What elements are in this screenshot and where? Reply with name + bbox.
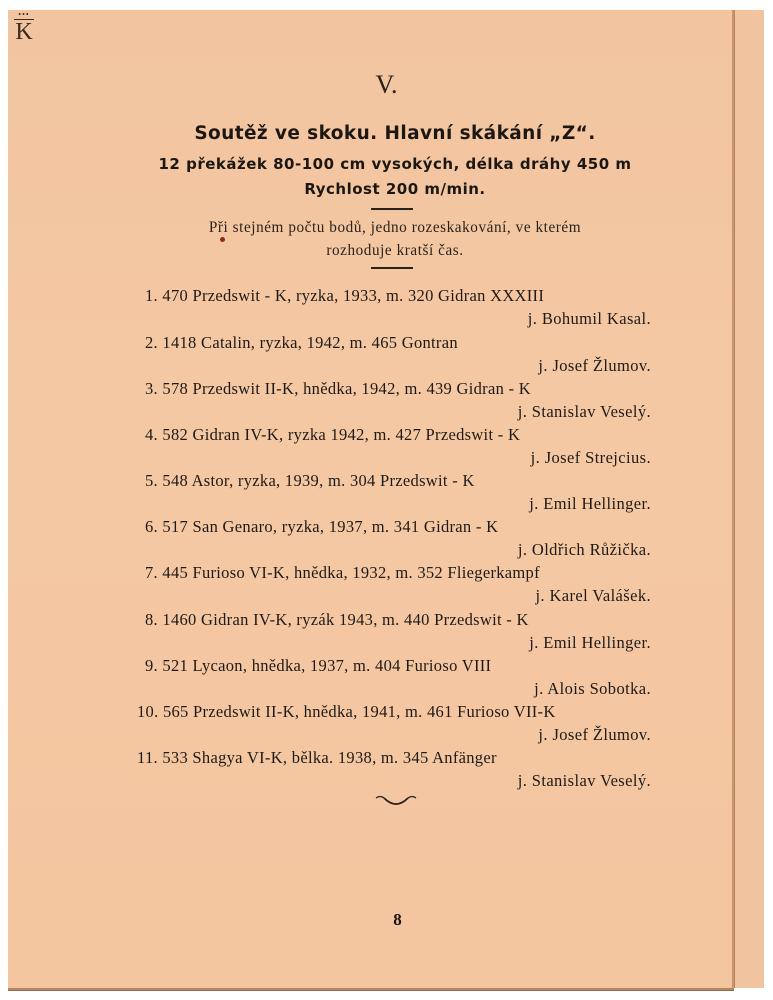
entry-rider: j. Alois Sobotka. xyxy=(534,679,651,699)
entry-rider: j. Bohumil Kasal. xyxy=(528,309,651,329)
ink-speck xyxy=(220,237,225,242)
decorative-swash-icon xyxy=(374,792,418,808)
entry-line: 6. 517 San Genaro, ryzka, 1937, m. 341 G… xyxy=(145,517,498,537)
entry-line: 7. 445 Furioso VI-K, hnědka, 1932, m. 35… xyxy=(145,563,540,583)
competition-title: Soutěž ve skoku. Hlavní skákání „Z“. xyxy=(0,123,773,144)
entry-rider: j. Josef Žlumov. xyxy=(538,725,651,745)
entry-line: 10. 565 Przedswit II-K, hnědka, 1941, m.… xyxy=(137,702,556,722)
entry-rider: j. Josef Strejcius. xyxy=(531,448,651,468)
entry-rider: j. Karel Valášek. xyxy=(535,586,651,606)
entry-rider: j. Josef Žlumov. xyxy=(538,356,651,376)
entry-line: 11. 533 Shagya VI-K, bělka. 1938, m. 345… xyxy=(137,748,497,768)
entry-line: 1. 470 Przedswit - K, ryzka, 1933, m. 32… xyxy=(145,286,544,306)
competition-course-spec: 12 překážek 80-100 cm vysokých, délka dr… xyxy=(0,155,773,173)
rules-note-line-2: rozhoduje kratší čas. xyxy=(20,242,771,260)
crown-dots-icon: ••• xyxy=(13,12,35,18)
entry-line: 5. 548 Astor, ryzka, 1939, m. 304 Przeds… xyxy=(145,471,475,491)
entry-line: 4. 582 Gidran IV-K, ryzka 1942, m. 427 P… xyxy=(145,425,520,445)
section-number: V. xyxy=(0,70,773,100)
entry-rider: j. Emil Hellinger. xyxy=(529,633,651,653)
page-number: 8 xyxy=(0,910,773,930)
rules-note-line-1: Při stejném počtu bodů, jedno rozeskakov… xyxy=(20,219,771,237)
crown-k-logo: ••• K xyxy=(13,12,35,48)
entry-rider: j. Emil Hellinger. xyxy=(529,494,651,514)
entry-rider: j. Stanislav Veselý. xyxy=(518,771,651,791)
competition-speed: Rychlost 200 m/min. xyxy=(0,180,773,198)
logo-letter: K xyxy=(13,20,35,44)
entry-line: 3. 578 Przedswit II-K, hnědka, 1942, m. … xyxy=(145,379,531,399)
entry-line: 2. 1418 Catalin, ryzka, 1942, m. 465 Gon… xyxy=(145,333,458,353)
entry-rider: j. Oldřich Růžička. xyxy=(518,540,651,560)
divider-rule-bottom xyxy=(371,267,413,269)
entry-line: 9. 521 Lycaon, hnědka, 1937, m. 404 Furi… xyxy=(145,656,491,676)
divider-rule-top xyxy=(371,208,413,210)
entry-line: 8. 1460 Gidran IV-K, ryzák 1943, m. 440 … xyxy=(145,610,529,630)
entry-rider: j. Stanislav Veselý. xyxy=(518,402,651,422)
